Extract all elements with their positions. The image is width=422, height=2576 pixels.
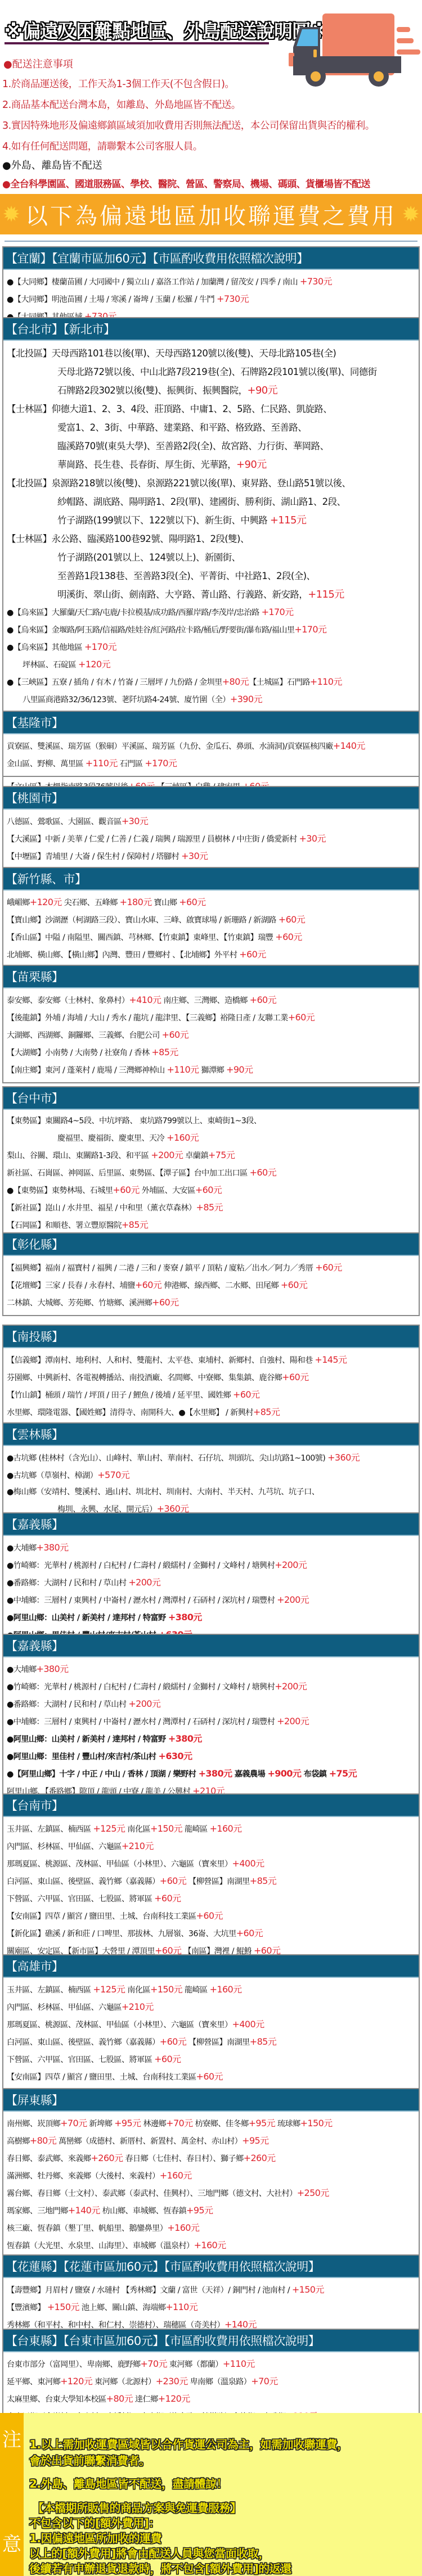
surcharge-price: +380元 xyxy=(37,1542,69,1553)
area-text: 【寶山鄉】沙湖瀝（柯湖路三段）、寶山水庫、三峰、啟寶球場 / 新珊路 / 新湖路 xyxy=(7,916,279,925)
surcharge-price: +60元 xyxy=(239,949,266,960)
surcharge-row: ●竹崎鄉：光華村 / 桃源村 / 白杞村 / 仁壽村 / 緞繻村 / 金獅村 /… xyxy=(7,1557,415,1574)
area-text: 琉球鄉 xyxy=(275,2119,300,2128)
surcharge-row: 玉井區、左鎮區、楠西區 +125元 南化區+150元 龍崎區 +160元 xyxy=(7,1820,415,1838)
area-text: 竹子湖路(201號以上、124號以上)、新園街、 xyxy=(57,552,240,563)
area-text: ●中埔鄉：三層村 / 東興村 / 中崙村 / 瀝水村 / 灣潭村 / 石硦村 /… xyxy=(7,1596,277,1605)
surcharge-row: ●【烏來區】大羅蘭/天仁路/屯鹿/卡拉模基/成功路/西羅岸路/李茂岸/忠治路 +… xyxy=(7,604,415,621)
surcharge-price: +200元 xyxy=(128,1698,160,1709)
surcharge-price: +30元 xyxy=(122,816,148,826)
surcharge-row: ●【烏來區】其他地區 +170元 xyxy=(7,639,415,656)
notice-line: 2.外島、離島地區皆不配送，盡請體諒！ xyxy=(29,2475,227,2491)
area-text: 大湖鄉、西湖鄉、銅鑼鄉、三義鄉、台肥公司 xyxy=(7,1031,162,1040)
surcharge-price: +400元 xyxy=(232,1858,264,1869)
area-text: 坪林區、石碇區 xyxy=(23,661,78,670)
surcharge-price: +90元 xyxy=(247,385,277,396)
area-text: 下營區、六甲區、官田區、七股區、將軍區 xyxy=(7,2055,154,2064)
surcharge-row: 貢寮區、雙溪區、瑞芳區（猴硐）平溪區、瑞芳區（九份、金瓜石、鼻頭、水湳洞)/貢寮… xyxy=(7,738,415,755)
notice-block: 注 意 1.以上需加收運費區域皆以合作貨運公司為主，如需加收聯運費， 會於出貨前… xyxy=(0,2413,422,2576)
surcharge-row: 水里鄉、環隆電器、【國姓鄉】清得寺、南開科大、●【水里鄉】 / 新興村+85元 xyxy=(7,1404,415,1421)
surcharge-price: +120元 xyxy=(158,2393,190,2404)
surcharge-price: +70元 xyxy=(251,2376,277,2387)
section-body: 貢寮區、雙溪區、瑞芳區（猴硐）平溪區、瑞芳區（九份、金瓜石、鼻頭、水湳洞)/貢寮… xyxy=(3,734,419,776)
area-text: 枋山鄉、車城鄉、恆春鎮 xyxy=(100,2207,186,2216)
area-text: ●阿里山鄉：山美村 / 新美村 / 達邦村 / 特富野 xyxy=(7,1614,168,1623)
surcharge-row: 臨溪路70號(東吳大學)、至善路2段(全)、故宮路、力行街、華岡路、 xyxy=(7,437,415,455)
surcharge-price: +400元 xyxy=(232,2019,264,2030)
area-text: ●【大同鄉】明池苗圃 / 土場 / 寒溪 / 崙埤 / 玉蘭 / 松羅 / 牛鬥 xyxy=(7,295,217,304)
surcharge-price: +60元 xyxy=(288,1012,315,1023)
area-text: 【後龍鎮】外埔 / 海埔 / 大山 / 秀水 / 龍坑 / 龍津里、【三義鄉】裕… xyxy=(7,1014,288,1023)
area-text: 芬園鄉、中興新村、各電視轉播站、南投酒廠、名間鄉、中寮鄉、集集鎮、鹿谷鄉 xyxy=(7,1373,282,1382)
area-text: 【安南區】四草 / 顯宮 / 鹽田里、土城、台南科技工業區 xyxy=(7,1912,196,1921)
section-title: 【宜蘭】【宜蘭市區加60元】【市區酌收費用依照檔次說明】 xyxy=(3,247,419,270)
surcharge-row: 南州鄉、崁頂鄉+70元 新埤鄉 +95元 林邊鄉+70元 枋寮鄉、佳冬鄉+95元… xyxy=(7,2115,415,2132)
area-text: 【中壢區】青埔里 / 大崙 / 保生村 / 保障村 / 塔腳村 xyxy=(7,852,181,861)
surcharge-price: +160元 xyxy=(210,1984,242,1995)
surcharge-price: +75元 xyxy=(329,1768,357,1779)
surcharge-price: +150元 xyxy=(150,1823,182,1834)
notes-list: 1.於商品運送後，工作天為1-3個工作天(不包含假日)。 2.商品基本配送台灣本… xyxy=(2,74,375,157)
area-text: 內門區、杉林區、甲仙區、六龜區 xyxy=(7,2003,122,2012)
flower-icon: ✹ xyxy=(399,203,422,225)
area-text: ●【烏來區】其他地區 xyxy=(7,643,84,652)
surcharge-price: +180元 xyxy=(120,897,152,907)
area-text: 台東市部分（富岡里）、卑南鄉、鹿野鄉 xyxy=(7,2360,140,2369)
surcharge-price: +125元 xyxy=(93,1823,125,1834)
surcharge-price: +160元 xyxy=(167,1132,199,1143)
area-text: ●竹崎鄉：光華村 / 桃源村 / 白杞村 / 仁壽村 / 緞繻村 / 金獅村 /… xyxy=(7,1561,275,1570)
area-text: 【竹山鎮】桶頭 / 瑞竹 / 坪頂 / 田子 / 鯉魚 / 後埔 / 延平里、國… xyxy=(7,1391,233,1400)
area-text: 【石岡區】和順巷、署立豐原醫院 xyxy=(7,1221,122,1230)
surcharge-row: ●【阿里山鄉】十字 / 中正 / 中山 / 香林 / 頂湖 / 樂野村 +380… xyxy=(7,1765,415,1783)
surcharge-price: +95元 xyxy=(249,2118,275,2128)
area-text: 東河鄉（都蘭） xyxy=(167,2360,223,2369)
surcharge-row: 【信義鄉】潭南村、地利村、人和村、雙龍村、太平巷、東埔村、新鄉村、自強村、陽和巷… xyxy=(7,1352,415,1369)
notice-line: 後續若有申辦退貨退款時，將不包含[額外費用]的返還 xyxy=(29,2560,291,2576)
surcharge-price: +160元 xyxy=(167,2222,199,2233)
area-text: 愛富1、2、3街、中華路、建業路、和平路、格致路、至善路、 xyxy=(57,422,307,433)
section-title: 【嘉義縣】 xyxy=(3,1635,419,1657)
area-text: 尖石鄉、五峰鄉 xyxy=(62,898,120,907)
surcharge-row: 八德區、鶯歌區、大園區、觀音區+30元 xyxy=(7,813,415,830)
notice-side-bar: 注 意 xyxy=(0,2413,24,2576)
surcharge-price: +120元 xyxy=(78,659,110,670)
section-title: 【台南市】 xyxy=(3,1795,419,1817)
area-text: 八德區、鶯歌區、大園區、觀音區 xyxy=(7,817,122,826)
surcharge-price: +70元 xyxy=(166,2118,192,2128)
area-text: 達仁鄉 xyxy=(133,2395,158,2404)
area-text: ●中埔鄉：三層村 / 東興村 / 中崙村 / 瀝水村 / 灣潭村 / 石硦村 /… xyxy=(7,1718,277,1727)
area-text: 那瑪夏區、桃源區、茂林區、甲仙區（小林里）、六龜區（寶來里） xyxy=(7,1860,232,1869)
title-underline xyxy=(5,42,269,44)
surcharge-row: 白河區、東山區、後壁區、義竹鄉（嘉義縣）+60元 【柳營區】南湖里+85元 xyxy=(7,1873,415,1890)
area-text: 八里區商港路32/36/123號、荖阡坑路4-24號、廈竹圍（全） xyxy=(23,695,230,704)
surcharge-price: +60元 xyxy=(279,914,305,925)
notice-line: 1.以上需加收運費區域皆以合作貨運公司為主，如需加收聯運費， xyxy=(29,2435,348,2452)
surcharge-price: +60元 xyxy=(315,1262,342,1273)
notice-line: 1.因偏遠地區所加收的運費 xyxy=(29,2529,161,2546)
area-text: 【香山區】中隘 / 南隘里、關西鎮、芎林鄉、【竹東鎮】東峰里、【竹東鎮】瑞豐 xyxy=(7,933,275,942)
surcharge-row: 核三廠、恆春鎮（墾丁里、帆船里、鵝鑾鼻里）+160元 xyxy=(7,2220,415,2237)
surcharge-row: ●古坑鄉 (桂林村（含光山）、山峰村、華山村、華南村、石仔坑、圳頭坑、尖山坑路1… xyxy=(7,1449,415,1467)
area-text: 玉井區、左鎮區、楠西區 xyxy=(7,1986,93,1995)
area-text: 內門區、杉林區、甲仙區、六龜區 xyxy=(7,1842,122,1851)
surcharge-row: ●阿里山鄉：里佳村 / 豐山村/來吉村/茶山村 +630元 xyxy=(7,1748,415,1765)
surcharge-price: +60元 xyxy=(233,1389,259,1400)
surcharge-price: +60元 xyxy=(275,932,302,942)
surcharge-banner: ✹ 以下為偏遠地區加收聯運費之費用 ✹ xyxy=(0,194,422,234)
area-text: 南州鄉、崁頂鄉 xyxy=(7,2119,60,2128)
banner-text: 以下為偏遠地區加收聯運費之費用 xyxy=(25,198,397,231)
area-text: 天母北路72號以後、中山北路7段219巷(全)、石牌路2段101號以後(單)、同… xyxy=(57,367,377,377)
surcharge-price: +210元 xyxy=(122,1841,154,1851)
surcharge-price: +30元 xyxy=(181,851,208,861)
surcharge-row: ●中埔鄉：三層村 / 東興村 / 中崙村 / 瀝水村 / 灣潭村 / 石硦村 /… xyxy=(7,1713,415,1730)
surcharge-price: +60元 xyxy=(281,1280,307,1290)
area-text: ●竹崎鄉：光華村 / 桃源村 / 白杞村 / 仁壽村 / 緞繻村 / 金獅村 /… xyxy=(7,1683,275,1692)
area-text: 【信義鄉】潭南村、地利村、人和村、雙龍村、太平巷、東埔村、新鄉村、自強村、陽和巷 xyxy=(7,1356,315,1365)
surcharge-price: +260元 xyxy=(91,2153,123,2163)
surcharge-price: +110元 xyxy=(165,2302,197,2312)
area-text: 【新化區】礁溪 / 新和莊 / 口啤里、那拔林、九層嶺、36崙、大坑里 xyxy=(7,1929,236,1938)
area-text: 【南庄鄉】東河 / 蓬萊村 / 鹿場 / 三灣鄉神棹山 xyxy=(7,1066,167,1075)
shipping-surcharge-page: ※偏遠及困難點地區、外島配送說明圖※ ●配送注意事項 1.於商品運送後，工作天為… xyxy=(0,0,422,2576)
surcharge-price: +75元 xyxy=(208,1150,235,1160)
section-title: 【新竹縣、市】 xyxy=(3,868,419,891)
area-text: 寶山鄉 xyxy=(152,898,179,907)
surcharge-row: 金山區、野柳、萬里區 +110元 石門區 +170元 xyxy=(7,755,415,772)
area-text: 梨山、谷關、環山、東關路1-3段、和平區 xyxy=(7,1151,151,1160)
surcharge-price: +115元 xyxy=(308,589,344,600)
surcharge-price: +170元 xyxy=(262,607,294,617)
surcharge-row: 【大湖鄉】小南勢 / 大南勢 / 社寮角 / 香林 +85元 xyxy=(7,1044,415,1061)
surcharge-price: +390元 xyxy=(230,694,262,704)
surcharge-row: 坪林區、石碇區 +120元 xyxy=(7,656,415,674)
flower-icon: ✹ xyxy=(0,203,23,225)
area-text: 枋寮鄉、佳冬鄉 xyxy=(193,2119,249,2128)
surcharge-row: 【後龍鎮】外埔 / 海埔 / 大山 / 秀水 / 龍坑 / 龍津里、【三義鄉】裕… xyxy=(7,1009,415,1027)
surcharge-price: +85元 xyxy=(250,1875,276,1886)
area-text: 水里鄉、環隆電器、【國姓鄉】清得寺、南開科大、●【水里鄉】 / 新興村 xyxy=(7,1408,253,1417)
area-text: 高樹鄉 xyxy=(7,2137,30,2146)
section-body: 泰安鄉、泰安鄉（士林村、象鼻村）+410元 南庄鄉、三灣鄉、造橋鄉 +60元【後… xyxy=(3,988,419,1082)
area-text: 【東勢區】東關路4~5段、中坑坪路、 東坑路799號以上、東崎街1~3段、 xyxy=(7,1117,261,1126)
surcharge-row: ●【烏來區】金堰路/阿玉路/信福路/娃娃谷/紅河路/拉卡路/桶后/野要街/瀑布路… xyxy=(7,621,415,639)
surcharge-row: 恆春鎮（大光里、水泉里、山海里）、車城鄉（溫泉村）+160元 xyxy=(7,2237,415,2254)
area-text: ●阿里山鄉：里佳村 / 豐山村/來吉村/茶山村 xyxy=(7,1752,159,1761)
area-text: ●古坑鄉 (桂林村（含光山）、山峰村、華山村、華南村、石仔坑、圳頭坑、尖山坑路1… xyxy=(7,1454,327,1463)
surcharge-row: 竹子湖路(199號以下、122號以下)、新生街、中興路 +115元 xyxy=(7,511,415,530)
surcharge-price: +110元 xyxy=(223,2358,255,2369)
surcharge-row: 滿洲鄉、牡丹鄉、來義鄉（大後村、來義村）+160元 xyxy=(7,2167,415,2185)
surcharge-price: +70元 xyxy=(60,2118,87,2128)
surcharge-price: +60元 xyxy=(179,897,205,907)
surcharge-price: +60元 xyxy=(236,1928,263,1938)
surcharge-row: 玉井區、左鎮區、楠西區 +125元 南化區+150元 龍崎區 +160元 xyxy=(7,1981,415,1999)
surcharge-price: +125元 xyxy=(93,1984,125,1995)
area-text: 池上鄉、關山鎮、海端鄉 xyxy=(79,2303,165,2312)
surcharge-price: +120元 xyxy=(30,897,62,907)
surcharge-row: ●阿里山鄉：山美村 / 新美村 / 達邦村 / 特富野 +380元 xyxy=(7,1730,415,1748)
area-text: 龍崎區 xyxy=(182,1986,210,1995)
surcharge-row: 【北投區】泉源路218號以後(雙)、泉源路221號以後(單)、東昇路、登山路51… xyxy=(7,474,415,492)
area-text: 龍崎區 xyxy=(182,1825,210,1834)
surcharge-price: +150元 xyxy=(47,2302,79,2312)
surcharge-row: ●梅山鄉（安靖村、雙溪村、過山村、圳北村、圳南村、大南村、半天村、九芎坑、坑子口… xyxy=(7,1484,415,1501)
surcharge-price: +110元 xyxy=(167,1064,199,1075)
surcharge-price: +85元 xyxy=(151,1047,178,1057)
note-item: 2.商品基本配送台灣本島，如離島、外島地區皆不配送。 xyxy=(2,95,375,116)
surcharge-row: 【寶山鄉】沙湖瀝（柯湖路三段）、寶山水庫、三峰、啟寶球場 / 新珊路 / 新湖路… xyxy=(7,911,415,929)
section-body: 南州鄉、崁頂鄉+70元 新埤鄉 +95元 林邊鄉+70元 枋寮鄉、佳冬鄉+95元… xyxy=(3,2112,419,2258)
area-text: 卓蘭鎮 xyxy=(183,1151,208,1160)
notice-line: 不包含以下的[額外費用]： xyxy=(29,2514,160,2530)
surcharge-row: 北埔鄉、橫山鄉、【橫山鄉】內灣、豐田 / 豐鄉村 、【北埔鄉】外平村 +60元 xyxy=(7,946,415,964)
surcharge-price: +60元 xyxy=(250,995,276,1005)
area-text: 明溪街、翠山街、劍南路、大亨路、菁山路、行義路、新安路， xyxy=(57,589,308,600)
surcharge-row: 梨山、谷關、環山、東關路1-3段、和平區 +200元 卓蘭鎮+75元 xyxy=(7,1147,415,1164)
surcharge-row: 太麻里鄉、台東大學知本校區+80元 達仁鄉+120元 xyxy=(7,2390,415,2408)
section-title: 【雲林縣】 xyxy=(3,1423,419,1446)
section-title: 【花蓮縣】【花蓮市區加60元】【市區酌收費用依照檔次說明】 xyxy=(3,2256,419,2278)
area-text: 【豐濱鄉】 xyxy=(7,2303,47,2312)
surcharge-price: +60元 xyxy=(195,1185,222,1195)
surcharge-price: +170元 xyxy=(145,758,177,769)
surcharge-price: +140元 xyxy=(333,740,365,751)
surcharge-row: 【東勢區】東關路4~5段、中坑坪路、 東坑路799號以上、東崎街1~3段、 xyxy=(7,1113,415,1129)
surcharge-row: ●大埔鄉+380元 xyxy=(7,1539,415,1557)
surcharge-price: +210元 xyxy=(122,2001,154,2012)
area-text: 【柳營區】南湖里 xyxy=(186,1877,250,1886)
surcharge-price: +80元 xyxy=(106,2393,133,2404)
surcharge-price: +95元 xyxy=(114,2118,141,2128)
surcharge-price: +110元 xyxy=(86,758,118,769)
area-text: ●大埔鄉 xyxy=(7,1665,37,1674)
surcharge-row: ●古坑鄉（草嶺村、樟湖）+570元 xyxy=(7,1467,415,1484)
surcharge-price: +730元 xyxy=(217,293,249,304)
surcharge-row: 【香山區】中隘 / 南隘里、關西鎮、芎林鄉、【竹東鎮】東峰里、【竹東鎮】瑞豐 +… xyxy=(7,929,415,946)
surcharge-row: 高樹鄉+80元 萬巒鄉（成德村、新厝村、新置村、萬金村、赤山村）+95元 xyxy=(7,2132,415,2150)
area-text: 泰安鄉、泰安鄉（士林村、象鼻村） xyxy=(7,996,129,1005)
no-delivery-places-note: ●全台科學園區、國道服務區、學校、醫院、營區、警察局、機場、碼頭、貨櫃場皆不配送 xyxy=(2,176,370,190)
surcharge-row: 春日鄉、泰武鄉、來義鄉+260元 春日鄉（七佳村、春日村）、獅子鄉+260元 xyxy=(7,2150,415,2167)
section-title: 【基隆市】 xyxy=(3,712,419,734)
surcharge-price: +170元 xyxy=(84,641,116,652)
surcharge-row: 下營區、六甲區、官田區、七股區、將軍區 +60元 xyxy=(7,2051,415,2068)
surcharge-row: 【南庄鄉】東河 / 蓬萊村 / 鹿場 / 三灣鄉神棹山 +110元 獅潭鄉 +9… xyxy=(7,1061,415,1079)
surcharge-row: ●【三峽區】五寮 / 插角 / 有木 / 竹崙 / 三層坪 / 九份路 / 金圳… xyxy=(7,674,415,691)
surcharge-row: 華崗路、長生巷、長春街、厚生街、光華路，+90元 xyxy=(7,455,415,474)
surcharge-price: +230元 xyxy=(156,2376,188,2387)
surcharge-row: 峨嵋鄉+120元 尖石鄉、五峰鄉 +180元 寶山鄉 +60元 xyxy=(7,894,415,911)
surcharge-price: +200元 xyxy=(151,1150,183,1160)
surcharge-price: +730元 xyxy=(300,276,332,287)
surcharge-price: +160元 xyxy=(160,2170,192,2181)
section-keelung: 【基隆市】貢寮區、雙溪區、瑞芳區（猴硐）平溪區、瑞芳區（九份、金瓜石、鼻頭、水湳… xyxy=(2,711,420,777)
area-text: 霧台鄉、春日鄉（士文村）、泰武鄉（泰武村、佳興村）、三地門鄉（德文村、大社村） xyxy=(7,2189,297,2198)
area-text: 太麻里鄉、台東大學知本校區 xyxy=(7,2395,106,2404)
surcharge-price: +60元 xyxy=(154,1893,181,1904)
area-text: 滿洲鄉、牡丹鄉、來義鄉（大後村、來義村） xyxy=(7,2172,160,2181)
area-text: 恆春鎮（大光里、水泉里、山海里）、車城鄉（溫泉村） xyxy=(7,2241,194,2250)
surcharge-price: +85元 xyxy=(196,1202,223,1213)
area-text: 臨溪路70號(東吳大學)、至善路2段(全)、故宮路、力行街、華岡路、 xyxy=(57,441,329,451)
area-text: 二林鎮、大城鄉、芳苑鄉、竹塘鄉、溪洲鄉 xyxy=(7,1299,152,1308)
area-text: ●【烏來區】大羅蘭/天仁路/屯鹿/卡拉模基/成功路/西羅岸路/李茂岸/忠治路 xyxy=(7,608,262,617)
area-text: 東河鄉（北源村） xyxy=(92,2378,156,2387)
surcharge-row: 紗帽路、湖底路、陽明路1、2段(單)、建國街、勝利街、湖山路1、2段、 xyxy=(7,492,415,511)
area-text: 竹子湖路(199號以下、122號以下)、新生街、中興路 xyxy=(57,515,270,526)
surcharge-price: +170元 xyxy=(294,624,326,635)
area-text: 南庄鄉、三灣鄉、造橋鄉 xyxy=(161,996,249,1005)
area-text: 【士林區】仰德大道1、2、3、4段、莊頂路、中庸1、2、5路、仁民路、凱旋路、 xyxy=(7,404,332,414)
surcharge-price: +80元 xyxy=(222,676,249,687)
section-title: 【台中市】 xyxy=(3,1087,419,1110)
area-text: 石門區 xyxy=(118,760,145,769)
surcharge-row: 【花壇鄉】三家 / 長春 / 永春村、埔鹽+60元 伸港鄉、線西鄉、二水鄉、田尾… xyxy=(7,1277,415,1294)
area-text: 玉井區、左鎮區、楠西區 xyxy=(7,1825,93,1834)
surcharge-price: +60元 xyxy=(250,1167,276,1178)
area-text: 【福興鄉】福南 / 福寶村 / 福興 / 二港 / 三和 / 麥寮 / 鎮平 /… xyxy=(7,1264,315,1273)
page-title: ※偏遠及困難點地區、外島配送說明圖※ xyxy=(5,17,327,43)
surcharge-row: 白河區、東山區、後壁區、義竹鄉（嘉義縣）+60元 【柳營區】南湖里+85元 xyxy=(7,2033,415,2051)
surcharge-row: 【安南區】四草 / 顯宮 / 鹽田里、土城、台南科技工業區+60元 xyxy=(7,1908,415,1925)
surcharge-price: +60元 xyxy=(154,2054,181,2064)
surcharge-price: +60元 xyxy=(160,1875,186,1886)
area-text: 【柳營區】南湖里 xyxy=(186,2038,250,2047)
notice-char-top: 注 xyxy=(0,2424,24,2452)
surcharge-row: 【石岡區】和順巷、署立豐原醫院+85元 xyxy=(7,1217,415,1234)
area-text: 白河區、東山區、後壁區、義竹鄉（嘉義縣） xyxy=(7,1877,160,1886)
surcharge-price: +90元 xyxy=(236,459,267,471)
notice-char-bottom: 意 xyxy=(0,2529,24,2556)
surcharge-price: +85元 xyxy=(253,1407,280,1417)
area-text: ●梅山鄉（安靖村、雙溪村、過山村、圳北村、圳南村、大南村、半天村、九芎坑、坑子口… xyxy=(7,1488,319,1497)
section-title: 【桃園市】 xyxy=(3,787,419,810)
area-text: 核三廠、恆春鎮（墾丁里、帆船里、鵝鑾鼻里） xyxy=(7,2224,167,2233)
surcharge-price: +200元 xyxy=(277,1594,309,1605)
surcharge-row: 【新化區】礁溪 / 新和莊 / 口啤里、那拔林、九層嶺、36崙、大坑里+60元 xyxy=(7,1925,415,1942)
area-text: 【新社區】崑山 / 水井里、福星 / 中和里（薰衣草森林） xyxy=(7,1204,196,1213)
surcharge-row: 愛富1、2、3街、中華路、建業路、和平路、格致路、至善路、 xyxy=(7,418,415,437)
surcharge-row: 【新社區】崑山 / 水井里、福星 / 中和里（薰衣草森林）+85元 xyxy=(7,1199,415,1217)
area-text: ●古坑鄉（草嶺村、樟湖） xyxy=(7,1471,97,1480)
area-text: 【花壇鄉】三家 / 長春 / 永春村、埔鹽 xyxy=(7,1281,135,1290)
surcharge-price: +150元 xyxy=(150,1984,182,1995)
area-text: 貢寮區、雙溪區、瑞芳區（猴硐）平溪區、瑞芳區（九份、金瓜石、鼻頭、水湳洞)/貢寮… xyxy=(7,742,333,751)
surcharge-row: 內門區、杉林區、甲仙區、六龜區+210元 xyxy=(7,1999,415,2016)
section-body: 【福興鄉】福南 / 福寶村 / 福興 / 二港 / 三和 / 麥寮 / 鎮平 /… xyxy=(3,1256,419,1315)
area-text: 金山區、野柳、萬里區 xyxy=(7,760,86,769)
surcharge-row: 芬園鄉、中興新村、各電視轉播站、南投酒廠、名間鄉、中寮鄉、集集鎮、鹿谷鄉+60元 xyxy=(7,1369,415,1386)
section-title: 【台北市】【新北市】 xyxy=(3,318,419,341)
surcharge-row: 二林鎮、大城鄉、芳苑鄉、竹塘鄉、溪洲鄉+60元 xyxy=(7,1294,415,1312)
surcharge-price: +380元 xyxy=(199,1768,232,1779)
surcharge-row: 下營區、六甲區、官田區、七股區、將軍區 +60元 xyxy=(7,1890,415,1908)
notes-heading: ●配送注意事項 xyxy=(3,56,73,71)
area-text: 北埔鄉、橫山鄉、【橫山鄉】內灣、豐田 / 豐鄉村 、【北埔鄉】外平村 xyxy=(7,951,239,960)
surcharge-row: 霧台鄉、春日鄉（士文村）、泰武鄉（泰武村、佳興村）、三地門鄉（德文村、大社村）+… xyxy=(7,2185,415,2202)
surcharge-price: +90元 xyxy=(226,1064,253,1075)
surcharge-row: 慶福里、慶福街、慶東里、天冷 +160元 xyxy=(7,1129,415,1147)
surcharge-price: +80元 xyxy=(30,2135,56,2146)
area-text: 【大湖鄉】小南勢 / 大南勢 / 社寮角 / 香林 xyxy=(7,1049,151,1057)
surcharge-row: 【竹山鎮】桶頭 / 瑞竹 / 坪頂 / 田子 / 鯉魚 / 後埔 / 延平里、國… xyxy=(7,1386,415,1404)
surcharge-price: +30元 xyxy=(299,833,326,844)
surcharge-price: +95元 xyxy=(186,2205,213,2216)
surcharge-price: +115元 xyxy=(270,514,306,526)
surcharge-row: ●番路鄉：大湖村 / 民和村 / 草山村 +200元 xyxy=(7,1574,415,1592)
intro-block: ※偏遠及困難點地區、外島配送說明圖※ ●配送注意事項 1.於商品運送後，工作天為… xyxy=(0,0,422,191)
area-text: 瑪家鄉、三地門鄉 xyxy=(7,2207,68,2216)
area-text: 【士林區】永公路、臨溪路100巷92號、陽明路1、2段(雙)、 xyxy=(7,534,249,544)
area-text: 延平鄉、東河鄉 xyxy=(7,2378,60,2387)
area-text: 嘉義農場 xyxy=(232,1770,267,1779)
note-item: 4.如有任何配送問題，請聯繫本公司客服人員。 xyxy=(2,137,375,157)
surcharge-price: +630元 xyxy=(159,1751,192,1761)
notice-line: 以上的[額外費用]將會由配送人員與您當面收取， xyxy=(29,2545,270,2561)
note-item: 3.實因特殊地形及偏遠鄉鎮區域須加收費用否則無法配送，本公司保留出貨與否的權利。 xyxy=(2,116,375,137)
area-text: ●【東勢區】東勢林場、石城里 xyxy=(7,1186,113,1195)
surcharge-row: 延平鄉、東河鄉+120元 東河鄉（北源村）+230元 卑南鄉（溫泉路）+70元 xyxy=(7,2373,415,2390)
surcharge-price: +200元 xyxy=(128,1577,160,1588)
surcharge-row: 明溪街、翠山街、劍南路、大亨路、菁山路、行義路、新安路，+115元 xyxy=(7,585,415,604)
surcharge-price: +70元 xyxy=(140,2358,167,2369)
surcharge-price: +570元 xyxy=(97,1470,129,1480)
surcharge-row: 內門區、杉林區、甲仙區、六龜區+210元 xyxy=(7,1838,415,1855)
surcharge-row: 那瑪夏區、桃源區、茂林區、甲仙區（小林里）、六龜區（寶來里）+400元 xyxy=(7,1855,415,1873)
area-text: ●【阿里山鄉】十字 / 中正 / 中山 / 香林 / 頂湖 / 樂野村 xyxy=(7,1770,199,1779)
surcharge-price: +60元 xyxy=(196,2071,223,2082)
area-text: 萬巒鄉（成德村、新厝村、新置村、萬金村、赤山村） xyxy=(56,2137,242,2146)
surcharge-price: +250元 xyxy=(297,2188,329,2198)
area-text: 那瑪夏區、桃源區、茂林區、甲仙區（小林里）、六龜區（寶來里） xyxy=(7,2021,232,2030)
surcharge-price: +60元 xyxy=(113,1185,139,1195)
surcharge-row: 【中壢區】青埔里 / 大崙 / 保生村 / 保障村 / 塔腳村 +30元 xyxy=(7,848,415,865)
area-text: 林邊鄉 xyxy=(141,2119,166,2128)
surcharge-row: 新社區、石崗區、神岡區、后里區、東勢區、【潭子區】台中加工出口區 +60元 xyxy=(7,1164,415,1182)
surcharge-row: 大湖鄉、西湖鄉、銅鑼鄉、三義鄉、台肥公司 +60元 xyxy=(7,1027,415,1044)
surcharge-price: +380元 xyxy=(37,1664,69,1674)
no-island-note: ●外島、離島皆不配送 xyxy=(2,157,102,172)
surcharge-row: 石牌路2段302號以後(雙)、振興街、振興醫院，+90元 xyxy=(7,381,415,400)
section-changhua: 【彰化縣】【福興鄉】福南 / 福寶村 / 福興 / 二港 / 三和 / 麥寮 /… xyxy=(2,1232,420,1316)
area-text: 【北投區】天母西路101巷以後(單)、天母西路120號以後(雙)、天母北路105… xyxy=(7,348,336,359)
surcharge-price: +60元 xyxy=(196,1910,223,1921)
surcharge-price: +110元 xyxy=(310,676,342,687)
area-text: 新社區、石崗區、神岡區、后里區、東勢區、【潭子區】台中加工出口區 xyxy=(7,1169,250,1178)
surcharge-price: +360元 xyxy=(327,1452,360,1463)
surcharge-row: 【壽豐鄉】月眉村 / 鹽寮 / 水璉村 【秀林鄉】文蘭 / 富世（天祥）/ 銅門… xyxy=(7,2281,415,2299)
surcharge-price: +85元 xyxy=(122,1219,148,1230)
area-text: ●番路鄉：大湖村 / 民和村 / 草山村 xyxy=(7,1700,128,1709)
surcharge-price: +95元 xyxy=(242,2135,268,2146)
area-text: 峨嵋鄉 xyxy=(7,898,30,907)
surcharge-price: +200元 xyxy=(275,1560,307,1570)
surcharge-row: 【豐濱鄉】 +150元 池上鄉、關山鎮、海端鄉+110元 xyxy=(7,2299,415,2316)
surcharge-price: +60元 xyxy=(135,1280,161,1290)
surcharge-row: 瑪家鄉、三地門鄉+140元 枋山鄉、車城鄉、恆春鎮+95元 xyxy=(7,2202,415,2220)
area-text: 【安南區】四草 / 顯宮 / 鹽田里、土城、台南科技工業區 xyxy=(7,2073,196,2082)
surcharge-price: +120元 xyxy=(60,2376,92,2387)
section-title: 【嘉義縣】 xyxy=(3,1513,419,1536)
surcharge-price: +60元 xyxy=(282,1372,308,1382)
surcharge-row: 竹子湖路(201號以上、124號以上)、新園街、 xyxy=(7,548,415,567)
area-text: 南化區 xyxy=(125,1825,150,1834)
section-title: 【台東縣】【台東市區加60元】【市區酌收費用依照檔次說明】 xyxy=(3,2330,419,2352)
area-text: 新埤鄉 xyxy=(87,2119,115,2128)
